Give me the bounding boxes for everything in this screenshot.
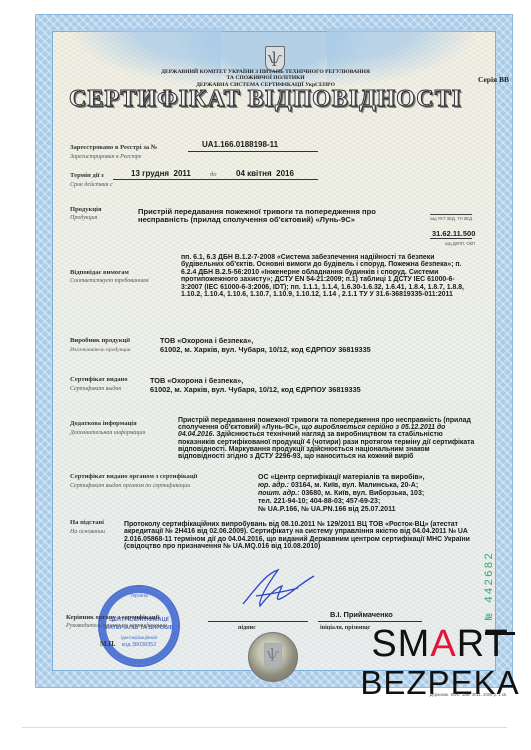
brand-smart: SMART: [355, 624, 525, 664]
signature-scribble: [238, 566, 318, 616]
issuing-body-legal-address: юр. адр.: 03164, м. Київ, вул. Малинська…: [258, 482, 478, 490]
brand-smart-suffix: RT: [457, 623, 509, 665]
issued-to-address: 61002, м. Харків, вул. Чубаря, 10/12, ко…: [150, 386, 361, 394]
additional-info-label: Додаткова інформація: [70, 420, 137, 428]
validity-to-word: до: [210, 171, 217, 178]
signature-underline: [208, 621, 308, 622]
registry-number: UA1.166.0188198-11: [202, 141, 278, 149]
registry-label-ru: Зарегистрирован в Реестре: [70, 154, 141, 161]
name-underline: [318, 621, 422, 622]
certificate-title: СЕРТИФІКАТ ВІДПОВІДНОСТІ: [0, 86, 531, 113]
stamp-ring-text: Україна: [100, 593, 178, 599]
manufacturer-label-ru: Изготовитель продукции: [70, 347, 131, 354]
validity-label-ru: Срок действия с: [70, 182, 113, 189]
basis-label: На підставі: [70, 519, 104, 527]
lock-icon: A: [430, 623, 456, 665]
code-underline: [430, 238, 472, 239]
requirements-label: Відповідає вимогам: [70, 269, 129, 277]
hologram-seal: ѱ: [248, 632, 298, 682]
registry-underline: [188, 151, 318, 152]
additional-info-text: Пристрій передавання пожежної тривоги та…: [178, 417, 476, 460]
code-label-top: код УКТ ЗЕД, ТН ЗЕД: [430, 214, 472, 221]
validity-from: 13 грудня 2011: [131, 170, 191, 178]
basis-text: Протоколу сертифікаційних випробувань ві…: [124, 521, 476, 551]
validity-underline: [113, 179, 318, 180]
legal-address: 03164, м. Київ, вул. Малинська, 20-А;: [289, 482, 418, 489]
issuing-body-label-ru: Сертификат выдан органом по сертификации: [70, 483, 190, 490]
series-label: Серія ВВ: [478, 75, 509, 84]
requirements-text: пп. 6.1, 6.3 ДБН В.1.2-7-2008 «Система з…: [181, 254, 475, 298]
product-code: 31.62.11.500: [432, 230, 475, 238]
issuing-body-postal-address: пошт. адр.: 03680, м. Київ, вул. Виборзь…: [258, 490, 478, 498]
page-edge: [22, 727, 507, 728]
code-label-bottom: код ДКПП, ОКП: [445, 241, 475, 246]
head-label-ru: Руководитель органа по сертификации: [66, 623, 167, 630]
legal-address-prefix: юр. адр.:: [258, 482, 289, 489]
smart-bezpeka-watermark: SMART BEZPEKA: [355, 624, 525, 702]
stamp-place-label: М.П.: [100, 640, 116, 648]
product-label-ru: Продукция: [70, 215, 97, 222]
issued-to-label: Сертифікат видано: [70, 376, 128, 384]
registry-label: Зареєстровано в Реєстрі за №: [70, 144, 157, 152]
postal-address: 03680, м. Київ, вул. Виборзька, 103;: [300, 490, 425, 497]
issuing-body-phones: тел. 221-94-10; 404-88-03; 457-69-23;: [258, 498, 478, 506]
trident-icon: ѱ: [264, 643, 282, 669]
serial-number: № 442682: [484, 551, 496, 620]
printer-footnote: Держзнак. КОФ. Зам. 3011. 2009 р. 1 кв.: [430, 692, 507, 697]
issuing-body-label: Сертифікат видано органом з сертифікації: [70, 473, 197, 481]
product-name: Пристрій передавання пожежної тривоги та…: [138, 208, 378, 225]
postal-address-prefix: пошт. адр.:: [258, 490, 300, 497]
basis-label-ru: На основании: [70, 529, 105, 536]
issued-to-label-ru: Сертификат выдан: [70, 386, 121, 393]
issuing-body-accreditation: № UA.P.166, № UA.PN.166 від 25.07.2011: [258, 506, 478, 514]
head-label: Керівник органу з сертифікації: [66, 614, 159, 622]
validity-label: Термін дії з: [70, 172, 104, 180]
requirements-label-ru: Соответствует требованиям: [70, 278, 149, 285]
issuing-body-details: ОС «Центр сертифікації матеріалів та вир…: [258, 474, 478, 514]
additional-info-label-ru: Дополнительная информация: [70, 430, 145, 437]
sign-label: підпис: [238, 624, 256, 632]
signatory-name: В.І. Приймаченко: [330, 611, 393, 619]
validity-to: 04 квітня 2016: [236, 170, 294, 178]
product-label: Продукція: [70, 206, 102, 214]
manufacturer-name: ТОВ «Охорона і безпека»,: [160, 337, 253, 345]
issuing-body-name: ОС «Центр сертифікації матеріалів та вир…: [258, 474, 478, 482]
brand-smart-prefix: SM: [371, 623, 430, 665]
manufacturer-address: 61002, м. Харків, вул. Чубаря, 10/12, ко…: [160, 346, 371, 354]
issued-to-name: ТОВ «Охорона і безпека»,: [150, 377, 243, 385]
additional-info-part2: . Здійснюється технічний нагляд за вироб…: [178, 431, 474, 460]
manufacturer-label: Виробник продукції: [70, 337, 130, 345]
